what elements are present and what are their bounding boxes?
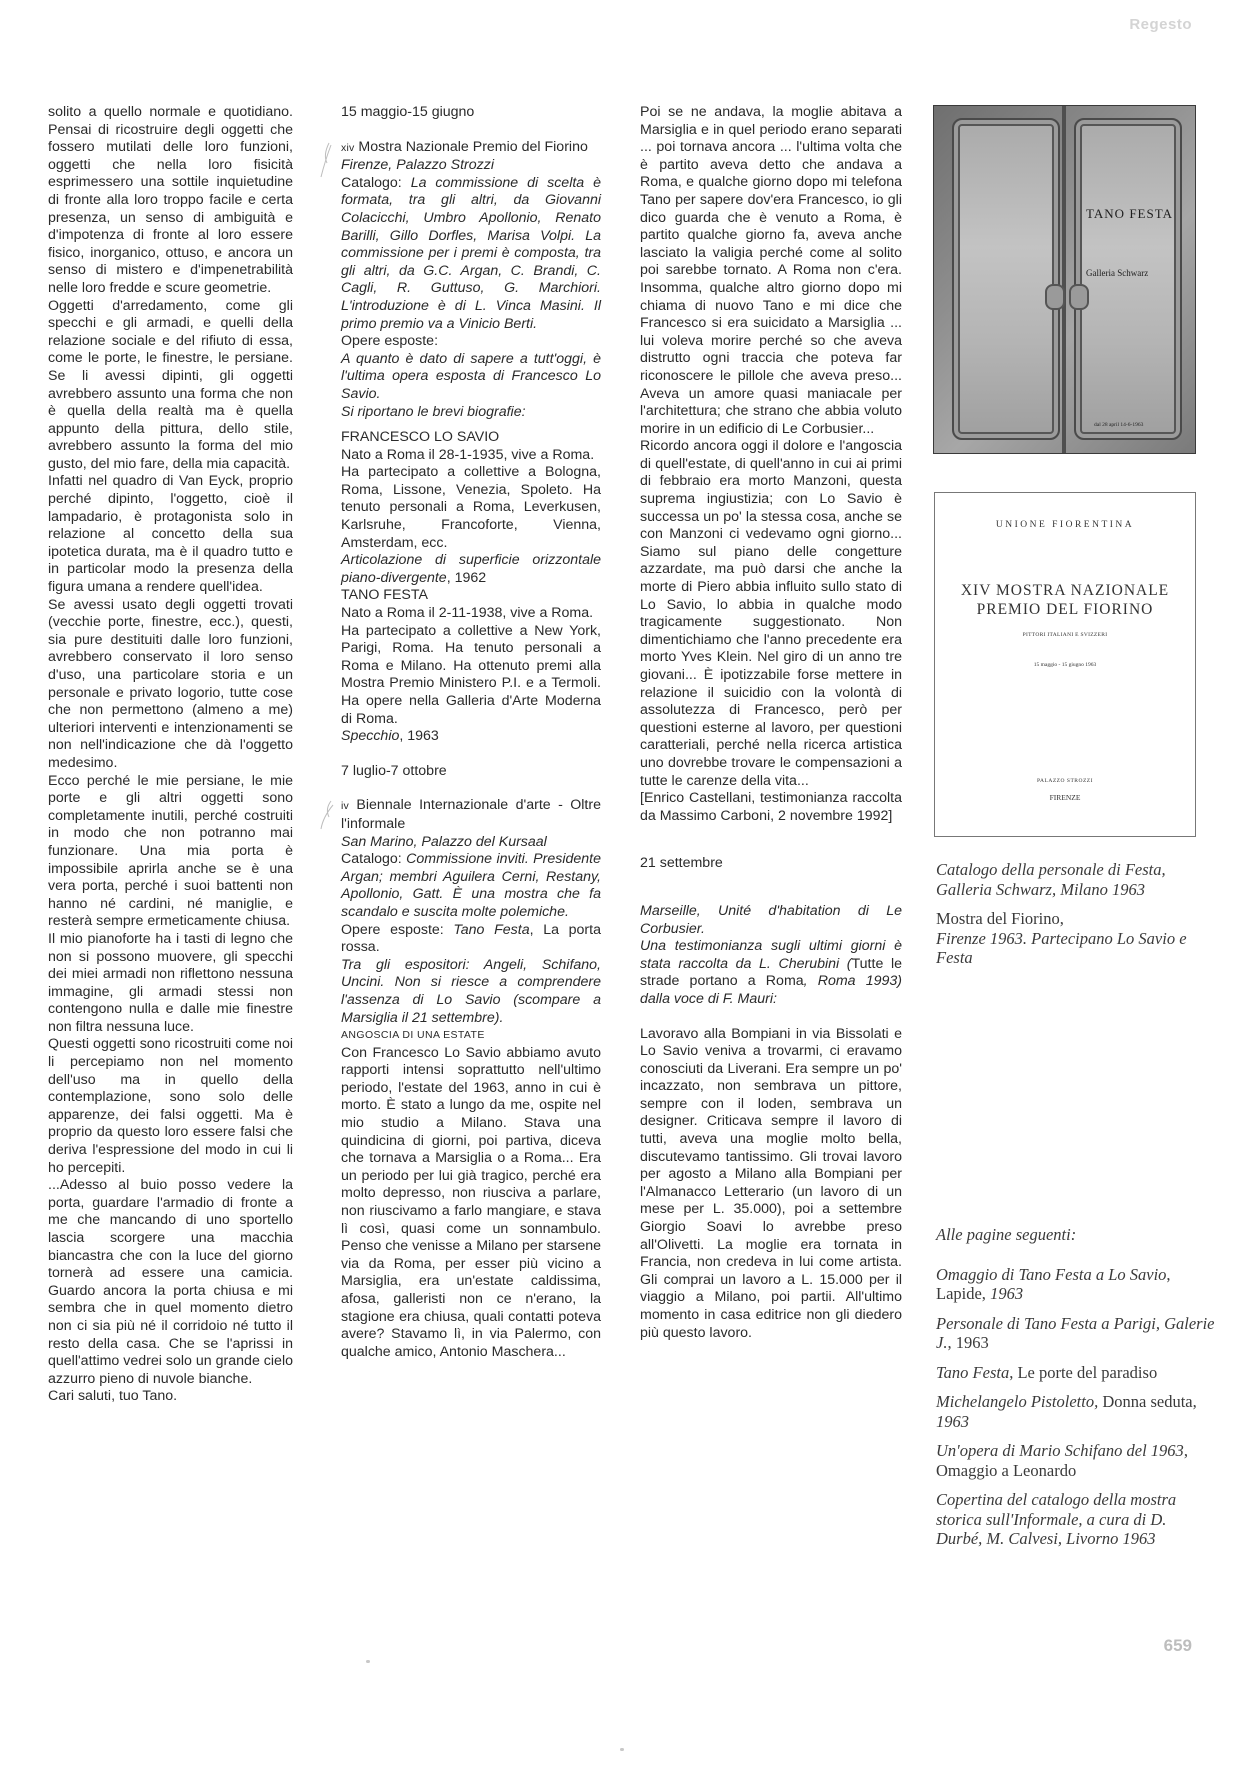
entry-date: 15 maggio-15 giugno	[341, 104, 601, 122]
page-number: 659	[1164, 1636, 1192, 1656]
bio-work: Articolazione di superficie orizzontale …	[341, 552, 601, 587]
cover-city: FIRENZE	[935, 793, 1195, 802]
cover-publisher: UNIONE FIORENTINA	[935, 520, 1195, 530]
column-testimonies: Poi se ne andava, la moglie abitava a Ma…	[640, 104, 902, 1342]
bio-born: Nato a Roma il 28-1-1935, vive a Roma.	[341, 447, 601, 465]
caption-item: Copertina del catalogo della mostra stor…	[936, 1490, 1216, 1549]
bio-text: Ha partecipato a collettive a New York, …	[341, 623, 601, 729]
bio-text: Ha partecipato a collettive a Bologna, R…	[341, 464, 601, 552]
figure-captions: Catalogo della personale di Festa, Galle…	[936, 860, 1216, 978]
door-seam	[1062, 106, 1066, 453]
paragraph: Questi oggetti sono ricostruiti come noi…	[48, 1036, 293, 1177]
exhibition-title: xiv Mostra Nazionale Premio del Fiorino	[341, 139, 601, 158]
following-pages-captions: Alle pagine seguenti: Omaggio di Tano Fe…	[936, 1225, 1216, 1559]
bio-intro: Si riportano le brevi biografie:	[341, 404, 601, 422]
paragraph: Poi se ne andava, la moglie abitava a Ma…	[640, 104, 902, 438]
exhibitors-note: Tra gli espositori: Angeli, Schifano, Un…	[341, 957, 601, 1027]
exhibition-place: Firenze, Palazzo Strozzi	[341, 157, 601, 175]
section-heading: ANGOSCIA DI UNA ESTATE	[341, 1027, 601, 1045]
cover-subtitle: PITTORI ITALIANI E SVIZZERI	[935, 632, 1195, 638]
testimony-intro: Una testimonianza sugli ultimi giorni è …	[640, 938, 902, 1008]
column-letter: solito a quello normale e quotidiano. Pe…	[48, 104, 293, 1406]
caption-item: Omaggio di Tano Festa a Lo Savio, Lapide…	[936, 1265, 1216, 1304]
exhibition-place: San Marino, Palazzo del Kursaal	[341, 834, 601, 852]
catalog-note: Catalogo: Commissione inviti. Presidente…	[341, 851, 601, 921]
following-pages-label: Alle pagine seguenti:	[936, 1225, 1216, 1245]
pencil-mark-icon	[319, 141, 335, 181]
photo-gallery: Galleria Schwarz	[1086, 268, 1148, 278]
paragraph: Il mio pianoforte ha i tasti di legno ch…	[48, 931, 293, 1037]
entry-biennale: iv Biennale Internazionale d'arte - Oltr…	[341, 797, 601, 1027]
edition-numeral: xiv	[341, 142, 354, 154]
caption-item: Un'opera di Mario Schifano del 1963, Oma…	[936, 1441, 1216, 1480]
bio-born: Nato a Roma il 2-11-1938, vive a Roma.	[341, 605, 601, 623]
place: Marseille, Unité d'habitation di Le Corb…	[640, 903, 902, 938]
figure-fiorino-cover: UNIONE FIORENTINA XIV MOSTRA NAZIONALE P…	[934, 492, 1196, 837]
pencil-mark-icon	[319, 799, 335, 839]
caption-item: Tano Festa, Le porte del paradiso	[936, 1363, 1216, 1383]
citation: [Enrico Castellani, testimonianza raccol…	[640, 790, 902, 825]
column-chronology: 15 maggio-15 giugno xiv Mostra Nazionale…	[341, 104, 601, 1361]
door-handle-icon	[1045, 284, 1065, 310]
door-handle-icon	[1069, 284, 1089, 310]
catalog-note: Catalogo: La commissione di scelta è for…	[341, 175, 601, 333]
running-head: Regesto	[1129, 16, 1192, 33]
section-text: Con Francesco Lo Savio abbiamo avuto rap…	[341, 1045, 601, 1362]
cover-venue: PALAZZO STROZZI	[935, 778, 1195, 784]
photo-title: TANO FESTA	[1086, 206, 1173, 222]
entry-date: 7 luglio-7 ottobre	[341, 763, 601, 781]
bio-name: TANO FESTA	[341, 587, 601, 605]
caption: Mostra del Fiorino,Firenze 1963. Parteci…	[936, 909, 1216, 968]
bio-work: Specchio, 1963	[341, 728, 601, 746]
entry-date: 21 settembre	[640, 855, 902, 873]
paragraph: Infatti nel quadro di Van Eyck, proprio …	[48, 473, 293, 596]
paragraph: ...Adesso al buio posso vedere la porta,…	[48, 1177, 293, 1388]
document-page: Regesto solito a quello normale e quotid…	[0, 0, 1260, 1792]
door-left-panel	[952, 118, 1060, 440]
door-right-panel	[1074, 118, 1182, 440]
bio-name: FRANCESCO LO SAVIO	[341, 429, 601, 447]
works-note: A quanto è dato di sapere a tutt'oggi, è…	[341, 351, 601, 404]
caption-item: Personale di Tano Festa a Parigi, Galeri…	[936, 1314, 1216, 1353]
figure-festa-catalog: TANO FESTA Galleria Schwarz dal 28 april…	[933, 105, 1196, 454]
works-label: Opere esposte:	[341, 333, 601, 351]
paragraph: Ricordo ancora oggi il dolore e l'angosc…	[640, 438, 902, 790]
cover-title: XIV MOSTRA NAZIONALE PREMIO DEL FIORINO	[935, 581, 1195, 619]
paragraph: Se avessi usato degli oggetti trovati (v…	[48, 597, 293, 773]
testimony-text: Lavoravo alla Bompiani in via Bissolati …	[640, 1026, 902, 1343]
scan-speck	[366, 1660, 370, 1663]
caption: Catalogo della personale di Festa, Galle…	[936, 860, 1216, 899]
cover-dates: 15 maggio - 15 giugno 1963	[935, 662, 1195, 668]
photo-dates: dal 28 april 14-6-1963	[1094, 422, 1143, 428]
entry-fiorino: xiv Mostra Nazionale Premio del Fiorino …	[341, 139, 601, 746]
edition-numeral: iv	[341, 800, 349, 812]
exhibition-title: iv Biennale Internazionale d'arte - Oltr…	[341, 797, 601, 833]
works-note: Opere esposte: Tano Festa, La porta ross…	[341, 922, 601, 957]
paragraph: Oggetti d'arredamento, come gli specchi …	[48, 298, 293, 474]
caption-item: Michelangelo Pistoletto, Donna seduta, 1…	[936, 1392, 1216, 1431]
paragraph: solito a quello normale e quotidiano. Pe…	[48, 104, 293, 298]
signature: Cari saluti, tuo Tano.	[48, 1388, 293, 1406]
paragraph: Ecco perché le mie persiane, le mie port…	[48, 773, 293, 931]
scan-speck	[620, 1748, 624, 1751]
